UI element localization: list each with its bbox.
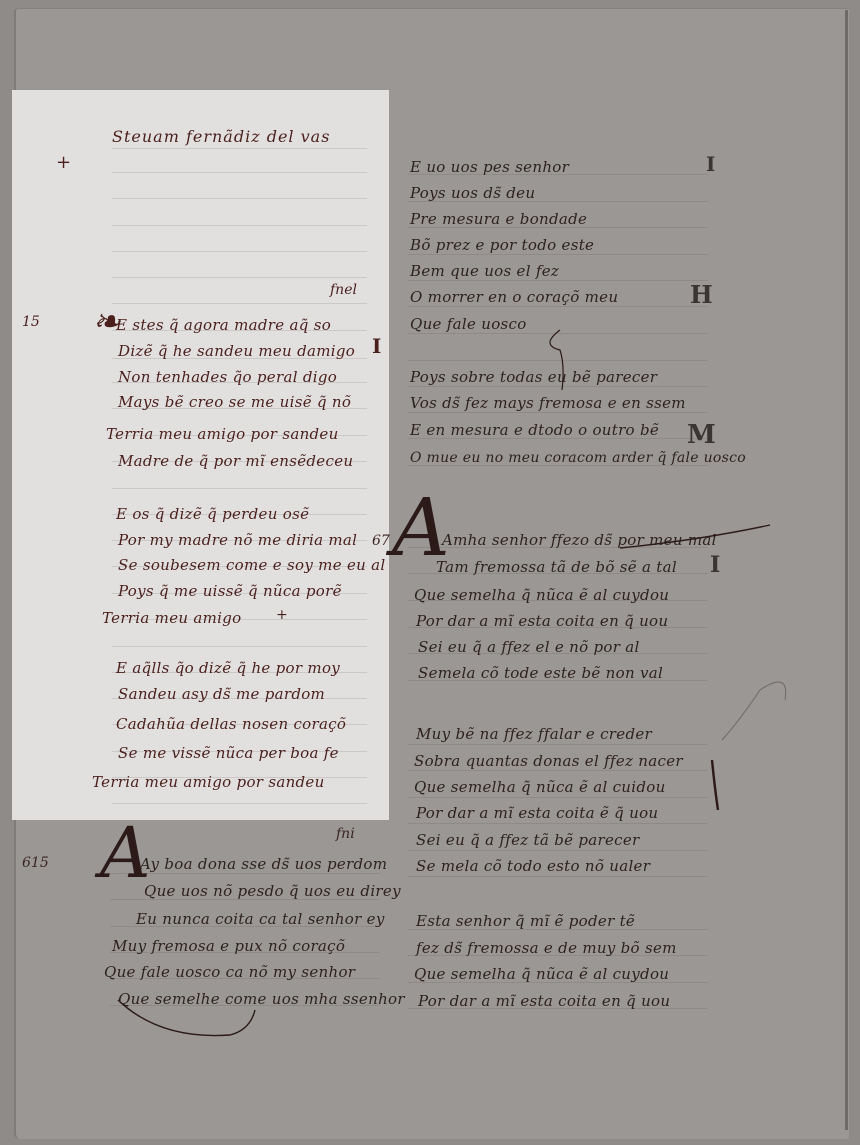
verse-line: Terria meu amigo por sandeu: [92, 773, 325, 791]
margin-number: 15: [22, 314, 40, 330]
verse-line: Se mela cõ todo esto nõ ualer: [416, 857, 650, 875]
verse-line: Sei eu q̃ a ffez el e nõ por al: [418, 638, 640, 656]
verse-line: E stes q̃ agora madre aq̃ so: [116, 316, 331, 334]
verse-line: Que fale uosco: [410, 315, 527, 333]
verse-line: Esta senhor q̃ mĩ ẽ poder tẽ: [416, 912, 635, 930]
verse-line: Tam fremossa tã de bõ sẽ a tal: [436, 558, 677, 576]
verse-line: Por dar a mĩ esta coita en q̃ uou: [416, 612, 668, 630]
paragraph-mark: I: [372, 334, 381, 358]
verse-line: Por my madre nõ me diria mal: [118, 531, 357, 549]
verse-line: E en mesura e dtodo o outro bẽ: [410, 421, 659, 439]
verse-line: O morrer en o coraçõ meu: [410, 288, 618, 306]
verse-line: Sei eu q̃ a ffez tã bẽ parecer: [416, 831, 639, 849]
verse-line: Non tenhades q̃o peral digo: [118, 368, 337, 386]
margin-number: 67: [372, 533, 390, 549]
verse-line: Por dar a mĩ esta coita en q̃ uou: [418, 992, 670, 1010]
verse-line: Que uos nõ pesdo q̃ uos eu direy: [144, 882, 401, 900]
paragraph-mark: H: [690, 280, 713, 309]
verse-line: Sobra quantas donas el ffez nacer: [414, 752, 683, 770]
verse-line: Madre de q̃ por mĩ ensẽdeceu: [118, 452, 353, 470]
verse-line: Muy bẽ na ffez ffalar e creder: [416, 725, 652, 743]
verse-line: Pre mesura e bondade: [410, 210, 587, 228]
verse-line: Sandeu asy ds̃ me pardom: [118, 685, 325, 703]
verse-line: Que fale uosco ca nõ my senhor: [104, 963, 355, 981]
verse-line: Eu nunca coita ca tal senhor ey: [136, 910, 385, 928]
paragraph-mark: I: [710, 552, 720, 578]
verse-line: Dizẽ q̃ he sandeu meu damigo: [118, 342, 355, 360]
verse-line: Mays bẽ creo se me uisẽ q̃ nõ: [118, 393, 351, 411]
verse-line: Semela cõ tode este bẽ non val: [418, 664, 663, 682]
verse-line: E aq̃lls q̃o dizẽ q̃ he por moy: [116, 659, 340, 677]
finda-note: fnel: [330, 282, 357, 298]
verse-line: Que semelha q̃ nũca ẽ al cuidou: [414, 778, 666, 796]
paragraph-mark: M: [687, 420, 716, 450]
author-heading: Steuam fernãdiz del vas: [112, 127, 330, 146]
verse-line: Terria meu amigo: [102, 609, 242, 627]
verse-line: O mue eu no meu coracom arder q̃ fale uo…: [410, 450, 746, 466]
verse-line: Muy fremosa e pux nõ coraçõ: [112, 937, 345, 955]
verse-line: Terria meu amigo por sandeu: [106, 425, 339, 443]
margin-number: 615: [22, 855, 49, 871]
verse-line: Ay boa dona sse ds̃ uos perdom: [140, 855, 387, 873]
cross-mark: +: [276, 607, 288, 623]
verse-line: Cadahũa dellas nosen coraçõ: [116, 715, 346, 733]
verse-line: Que semelha q̃ nũca ẽ al cuydou: [414, 965, 669, 983]
verse-line: Por dar a mĩ esta coita ẽ q̃ uou: [416, 804, 658, 822]
cross-mark: +: [56, 152, 71, 173]
verse-line: Que semelha q̃ nũca ẽ al cuydou: [414, 586, 669, 604]
page-edge: [845, 10, 848, 1130]
verse-line: Amha senhor ffezo ds̃ por meu mal: [442, 531, 717, 549]
verse-line: E uo uos pes senhor: [410, 158, 569, 176]
paragraph-mark: I: [706, 152, 715, 176]
verse-line: Poys sobre todas eu bẽ parecer: [410, 368, 657, 386]
verse-line: Vos ds̃ fez mays fremosa e en ssem: [410, 394, 686, 412]
verse-line: fez ds̃ fremossa e de muy bõ sem: [416, 939, 677, 957]
finda-note: fni: [336, 826, 355, 842]
verse-line: Poys uos ds̃ deu: [410, 184, 535, 202]
verse-line: Bem que uos el fez: [410, 262, 559, 280]
decorated-initial: A: [392, 488, 450, 568]
verse-line: Se soubesem come e soy me eu al: [118, 556, 386, 574]
verse-line: Poys q̃ me uissẽ q̃ nũca porẽ: [118, 582, 342, 600]
verse-line: Se me vissẽ nũca per boa fe: [118, 744, 339, 762]
verse-line: Que semelhe come uos mha ssenhor: [118, 990, 405, 1008]
verse-line: Bõ prez e por todo este: [410, 236, 594, 254]
verse-line: E os q̃ dizẽ q̃ perdeu osẽ: [116, 505, 309, 523]
decorated-initial: A: [100, 818, 151, 888]
